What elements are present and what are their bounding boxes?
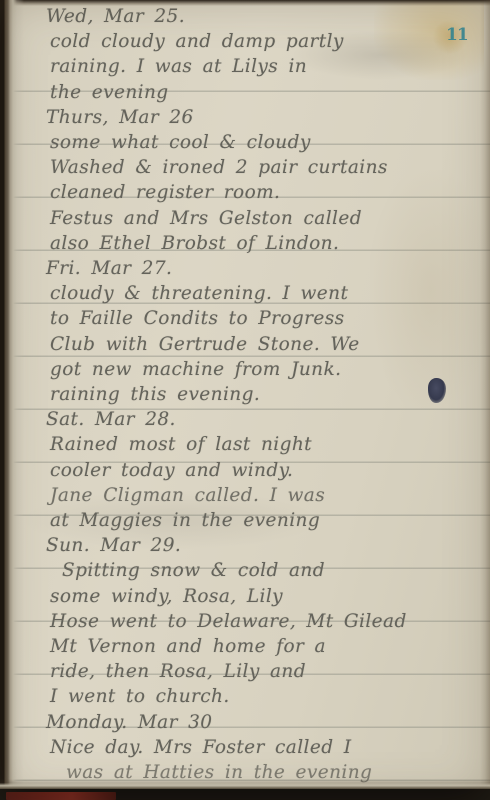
entry-line: at Maggies in the evening: [50, 508, 482, 533]
entry-line: got new machine from Junk.: [50, 357, 482, 382]
entry-line: Mt Vernon and home for a: [50, 634, 482, 659]
diary-entry: Fri. Mar 27.cloudy & threatening. I went…: [50, 256, 482, 407]
entry-line: Hose went to Delaware, Mt Gilead: [50, 609, 482, 634]
book-binding-edge: [0, 0, 24, 800]
book-top-edge: [0, 0, 490, 6]
book-cover-maroon: [6, 792, 116, 800]
entry-date: Sun. Mar 29.: [46, 533, 482, 558]
entry-line: Washed & ironed 2 pair curtains: [50, 155, 482, 180]
entry-line: cleaned register room.: [50, 180, 482, 205]
diary-entry: Sun. Mar 29.Spitting snow & cold andsome…: [50, 533, 482, 709]
diary-entry: Wed, Mar 25.cold cloudy and damp partlyr…: [50, 4, 482, 105]
entry-line: also Ethel Brobst of Lindon.: [50, 231, 482, 256]
entry-date: Thurs, Mar 26: [46, 105, 482, 130]
entry-date: Wed, Mar 25.: [46, 4, 482, 29]
entry-line: Rained most of last night: [50, 432, 482, 457]
entry-line: cloudy & threatening. I went: [50, 281, 482, 306]
entry-line: cooler today and windy.: [50, 458, 482, 483]
diary-entry: Sat. Mar 28.Rained most of last nightcoo…: [50, 407, 482, 533]
entry-line: Spitting snow & cold and: [62, 558, 482, 583]
entry-line: raining this evening.: [50, 382, 482, 407]
entry-line: the evening: [50, 80, 482, 105]
diary-page-photo: 11 Wed, Mar 25.cold cloudy and damp part…: [0, 0, 490, 800]
entry-line: Club with Gertrude Stone. We: [50, 332, 482, 357]
entry-date: Fri. Mar 27.: [46, 256, 482, 281]
diary-entry: Thurs, Mar 26some what cool & cloudyWash…: [50, 105, 482, 256]
entry-date: Monday. Mar 30: [46, 710, 482, 735]
page-right-edge: [480, 0, 490, 800]
entry-line: some what cool & cloudy: [50, 130, 482, 155]
entry-line: I went to church.: [50, 684, 482, 709]
entry-line: raining. I was at Lilys in: [50, 54, 482, 79]
entry-date: Sat. Mar 28.: [46, 407, 482, 432]
entry-line: ride, then Rosa, Lily and: [50, 659, 482, 684]
entry-line: some windy, Rosa, Lily: [50, 584, 482, 609]
diary-entry: Monday. Mar 30Nice day. Mrs Foster calle…: [50, 710, 482, 786]
entry-line: Festus and Mrs Gelston called: [50, 206, 482, 231]
entry-line: Jane Cligman called. I was: [50, 483, 482, 508]
entry-line: Nice day. Mrs Foster called I: [50, 735, 482, 760]
entry-line: cold cloudy and damp partly: [50, 29, 482, 54]
entry-line: to Faille Condits to Progress: [50, 306, 482, 331]
diary-entries: Wed, Mar 25.cold cloudy and damp partlyr…: [50, 4, 482, 785]
